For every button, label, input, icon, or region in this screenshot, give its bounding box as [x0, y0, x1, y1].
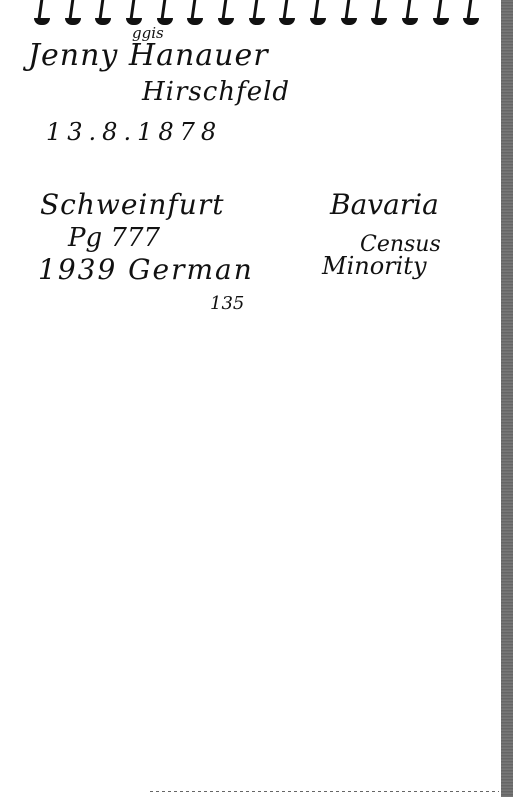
source-minority: Minority	[322, 252, 427, 280]
spiral-coil	[279, 0, 293, 26]
spiral-coil	[65, 0, 79, 26]
spiral-coil	[34, 0, 48, 26]
spiral-coil	[249, 0, 263, 26]
spiral-binding	[30, 0, 490, 26]
spiral-coil	[341, 0, 355, 26]
page-reference: Pg 777	[68, 223, 160, 253]
spiral-coil	[310, 0, 324, 26]
spiral-coil	[218, 0, 232, 26]
spiral-coil	[126, 0, 140, 26]
spiral-coil	[157, 0, 171, 26]
person-surname: Hirschfeld	[142, 77, 290, 107]
birth-date: 13.8.1878	[46, 118, 222, 146]
record-number: 135	[210, 293, 244, 314]
spiral-coil	[187, 0, 201, 26]
spiral-coil	[402, 0, 416, 26]
spiral-coil	[371, 0, 385, 26]
region-text: Bavaria	[330, 188, 439, 221]
city-text: Schweinfurt	[40, 188, 224, 221]
bottom-edge-line	[150, 791, 499, 792]
person-name: Jenny Hanauer	[28, 38, 269, 73]
page-edge-shadow	[501, 0, 513, 797]
source-year: 1939 German	[38, 253, 254, 286]
notebook-page: ggis Jenny Hanauer Hirschfeld 13.8.1878 …	[0, 0, 513, 797]
spiral-coil	[95, 0, 109, 26]
spiral-coil	[463, 0, 477, 26]
spiral-coil	[433, 0, 447, 26]
